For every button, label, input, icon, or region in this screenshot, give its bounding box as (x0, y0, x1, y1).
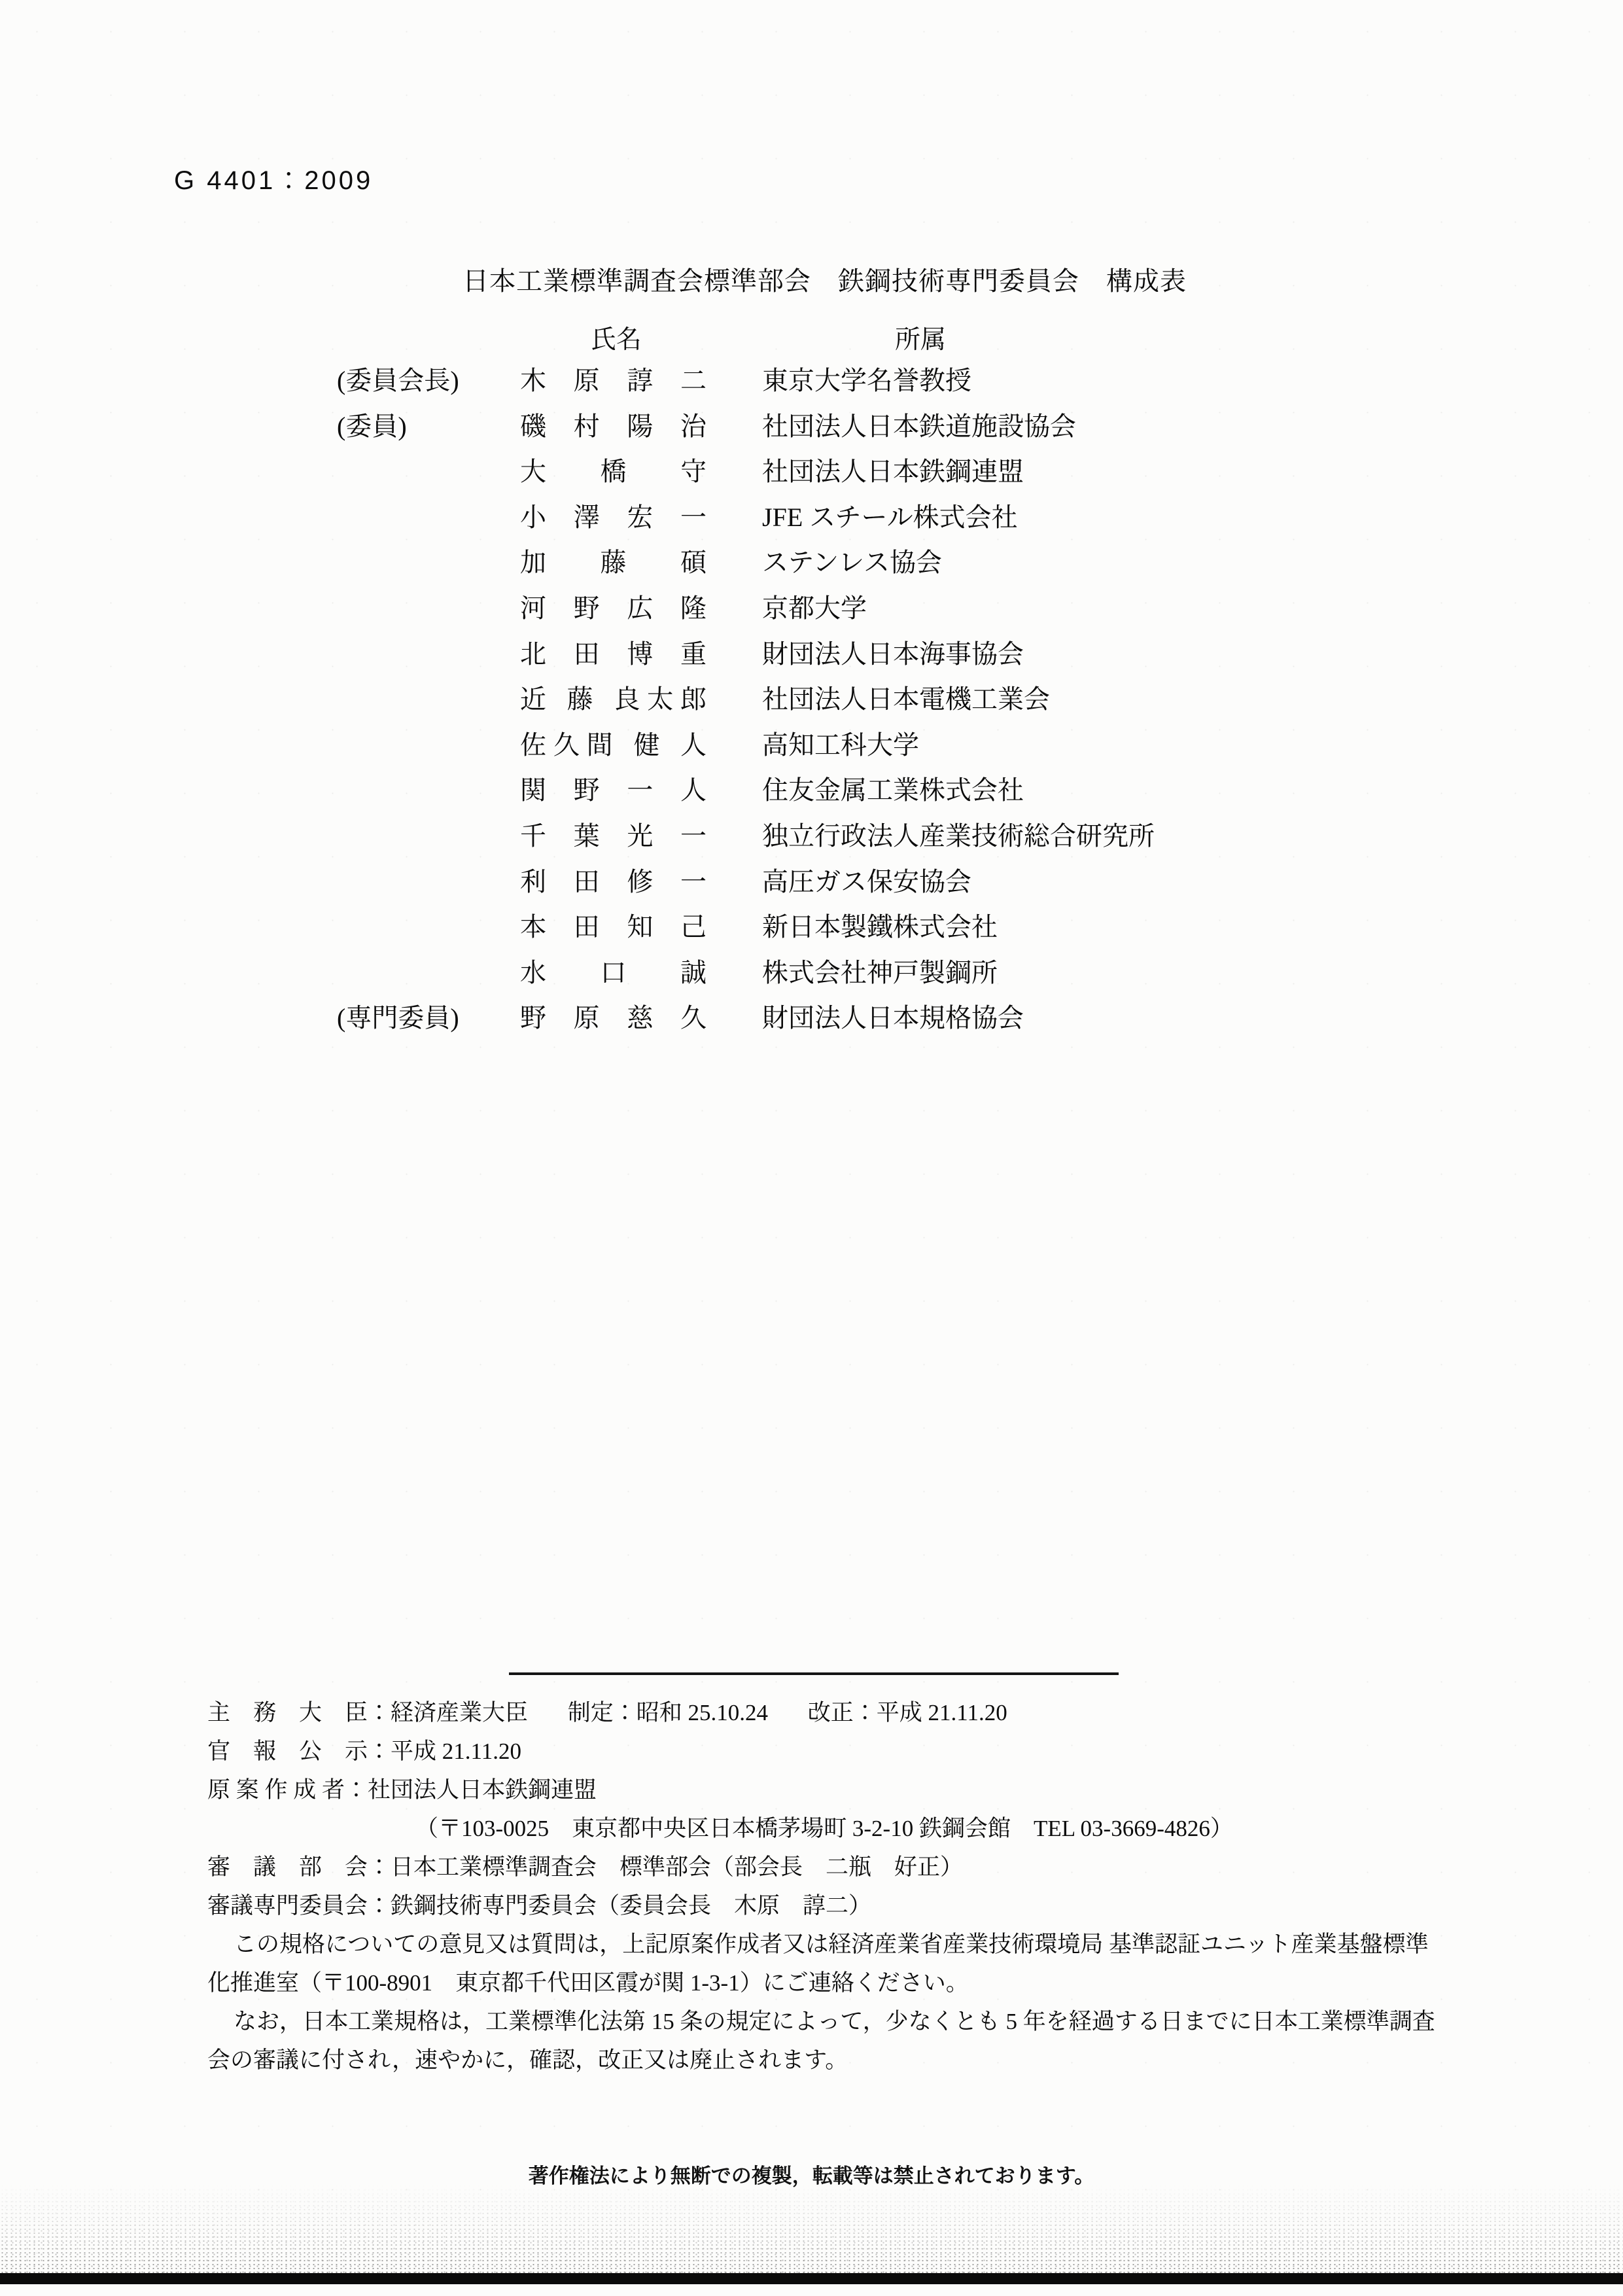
member-role: (専門委員) (337, 1002, 520, 1034)
footer-gazette-line: 官 報 公 示：平成 21.11.20 (207, 1732, 1492, 1771)
member-affiliation: 東京大学名誉教授 (762, 365, 971, 397)
member-role: (委員会長) (337, 365, 520, 397)
table-row: 本 田 知 己 新日本製鐵株式会社 (337, 911, 1544, 957)
copyright-line: 著作権法により無断での複製，転載等は禁止されております。 (0, 2159, 1623, 2189)
divider-line (509, 1672, 1119, 1675)
member-name: 本 田 知 己 (520, 911, 707, 943)
footer-note1-line2: 化推進室（〒100-8901 東京都千代田区霞が関 1-3-1）にご連絡ください… (207, 1964, 1492, 2002)
member-affiliation: 社団法人日本鉄鋼連盟 (762, 456, 1024, 487)
footer-minister-line: 主 務 大 臣：経済産業大臣 制定：昭和 25.10.24 改正：平成 21.1… (207, 1693, 1492, 1732)
table-row: 利 田 修 一 高圧ガス保安協会 (337, 866, 1544, 912)
table-row: 近 藤 良太郎 社団法人日本電機工業会 (337, 684, 1544, 730)
member-name: 利 田 修 一 (520, 866, 707, 898)
doc-code: G 4401：2009 (174, 160, 373, 197)
footer-deliberation-division-line: 審 議 部 会：日本工業標準調査会 標準部会（部会長 二瓶 好正） (207, 1848, 1492, 1886)
minister-label: 主 務 大 臣：経済産業大臣 (207, 1693, 528, 1732)
table-row: 小 澤 宏 一 JFE スチール株式会社 (337, 502, 1544, 548)
scan-edge-bar (0, 2273, 1623, 2284)
member-affiliation: ステンレス協会 (762, 547, 942, 578)
member-name: 小 澤 宏 一 (520, 502, 707, 533)
member-affiliation: 財団法人日本規格協会 (762, 1002, 1024, 1034)
member-role: (委員) (337, 411, 520, 442)
member-name: 関 野 一 人 (520, 775, 707, 806)
member-name: 大 橋 守 (520, 456, 707, 487)
member-affiliation: JFE スチール株式会社 (762, 502, 1018, 533)
member-name: 磯 村 陽 治 (520, 411, 707, 442)
footer-note2-line1: なお，日本工業規格は，工業標準化法第 15 条の規定によって，少なくとも 5 年… (207, 2002, 1492, 2041)
table-row: 河 野 広 隆 京都大学 (337, 593, 1544, 639)
member-name: 水 口 誠 (520, 957, 707, 989)
page-title: 日本工業標準調査会標準部会 鉄鋼技術専門委員会 構成表 (0, 260, 1623, 298)
established-date: 制定：昭和 25.10.24 (568, 1693, 768, 1732)
member-name: 野 原 慈 久 (520, 1002, 707, 1034)
member-affiliation: 高知工科大学 (762, 730, 919, 761)
member-name: 千 葉 光 一 (520, 821, 707, 852)
column-header-name: 氏名 (591, 319, 642, 356)
table-row: 千 葉 光 一 独立行政法人産業技術総合研究所 (337, 821, 1544, 866)
document-page: G 4401：2009 日本工業標準調査会標準部会 鉄鋼技術専門委員会 構成表 … (0, 0, 1623, 2296)
column-header-affiliation: 所属 (895, 319, 946, 356)
footer-deliberation-committee-line: 審議専門委員会：鉄鋼技術専門委員会（委員会長 木原 諄二） (207, 1886, 1492, 1925)
member-name: 北 田 博 重 (520, 639, 707, 670)
footer-block: 主 務 大 臣：経済産業大臣 制定：昭和 25.10.24 改正：平成 21.1… (207, 1693, 1492, 2079)
member-name: 河 野 広 隆 (520, 593, 707, 624)
footer-drafter-line: 原 案 作 成 者：社団法人日本鉄鋼連盟 (207, 1771, 1492, 1809)
member-name: 加 藤 碩 (520, 547, 707, 578)
member-affiliation: 京都大学 (762, 593, 867, 624)
table-row: 北 田 博 重 財団法人日本海事協会 (337, 639, 1544, 684)
table-row: 水 口 誠 株式会社神戸製鋼所 (337, 957, 1544, 1003)
footer-note1-line1: この規格についての意見又は質問は，上記原案作成者又は経済産業省産業技術環境局 基… (207, 1925, 1492, 1964)
member-affiliation: 高圧ガス保安協会 (762, 866, 971, 898)
member-affiliation: 株式会社神戸製鋼所 (762, 957, 998, 989)
member-affiliation: 独立行政法人産業技術総合研究所 (762, 821, 1155, 852)
scan-noise-band (0, 2184, 1623, 2274)
member-affiliation: 住友金属工業株式会社 (762, 775, 1024, 806)
table-row: 加 藤 碩 ステンレス協会 (337, 547, 1544, 593)
member-name: 木 原 諄 二 (520, 365, 707, 397)
table-row: 関 野 一 人 住友金属工業株式会社 (337, 775, 1544, 821)
table-row: (委員会長) 木 原 諄 二 東京大学名誉教授 (337, 365, 1544, 411)
table-row: (委員) 磯 村 陽 治 社団法人日本鉄道施設協会 (337, 411, 1544, 457)
member-affiliation: 新日本製鐵株式会社 (762, 911, 998, 943)
member-name: 佐久間 健 人 (520, 730, 707, 761)
table-row: 佐久間 健 人 高知工科大学 (337, 730, 1544, 775)
footer-drafter-address: （〒103-0025 東京都中央区日本橋茅場町 3-2-10 鉄鋼会館 TEL … (207, 1809, 1492, 1848)
revised-date: 改正：平成 21.11.20 (808, 1693, 1007, 1732)
table-row: (専門委員) 野 原 慈 久 財団法人日本規格協会 (337, 1002, 1544, 1048)
member-name: 近 藤 良太郎 (520, 684, 707, 715)
committee-table: (委員会長) 木 原 諄 二 東京大学名誉教授 (委員) 磯 村 陽 治 社団法… (337, 365, 1544, 1048)
footer-note2-line2: 会の審議に付され，速やかに，確認，改正又は廃止されます。 (207, 2041, 1492, 2079)
member-affiliation: 財団法人日本海事協会 (762, 639, 1024, 670)
table-row: 大 橋 守 社団法人日本鉄鋼連盟 (337, 456, 1544, 502)
member-affiliation: 社団法人日本電機工業会 (762, 684, 1050, 715)
member-affiliation: 社団法人日本鉄道施設協会 (762, 411, 1076, 442)
